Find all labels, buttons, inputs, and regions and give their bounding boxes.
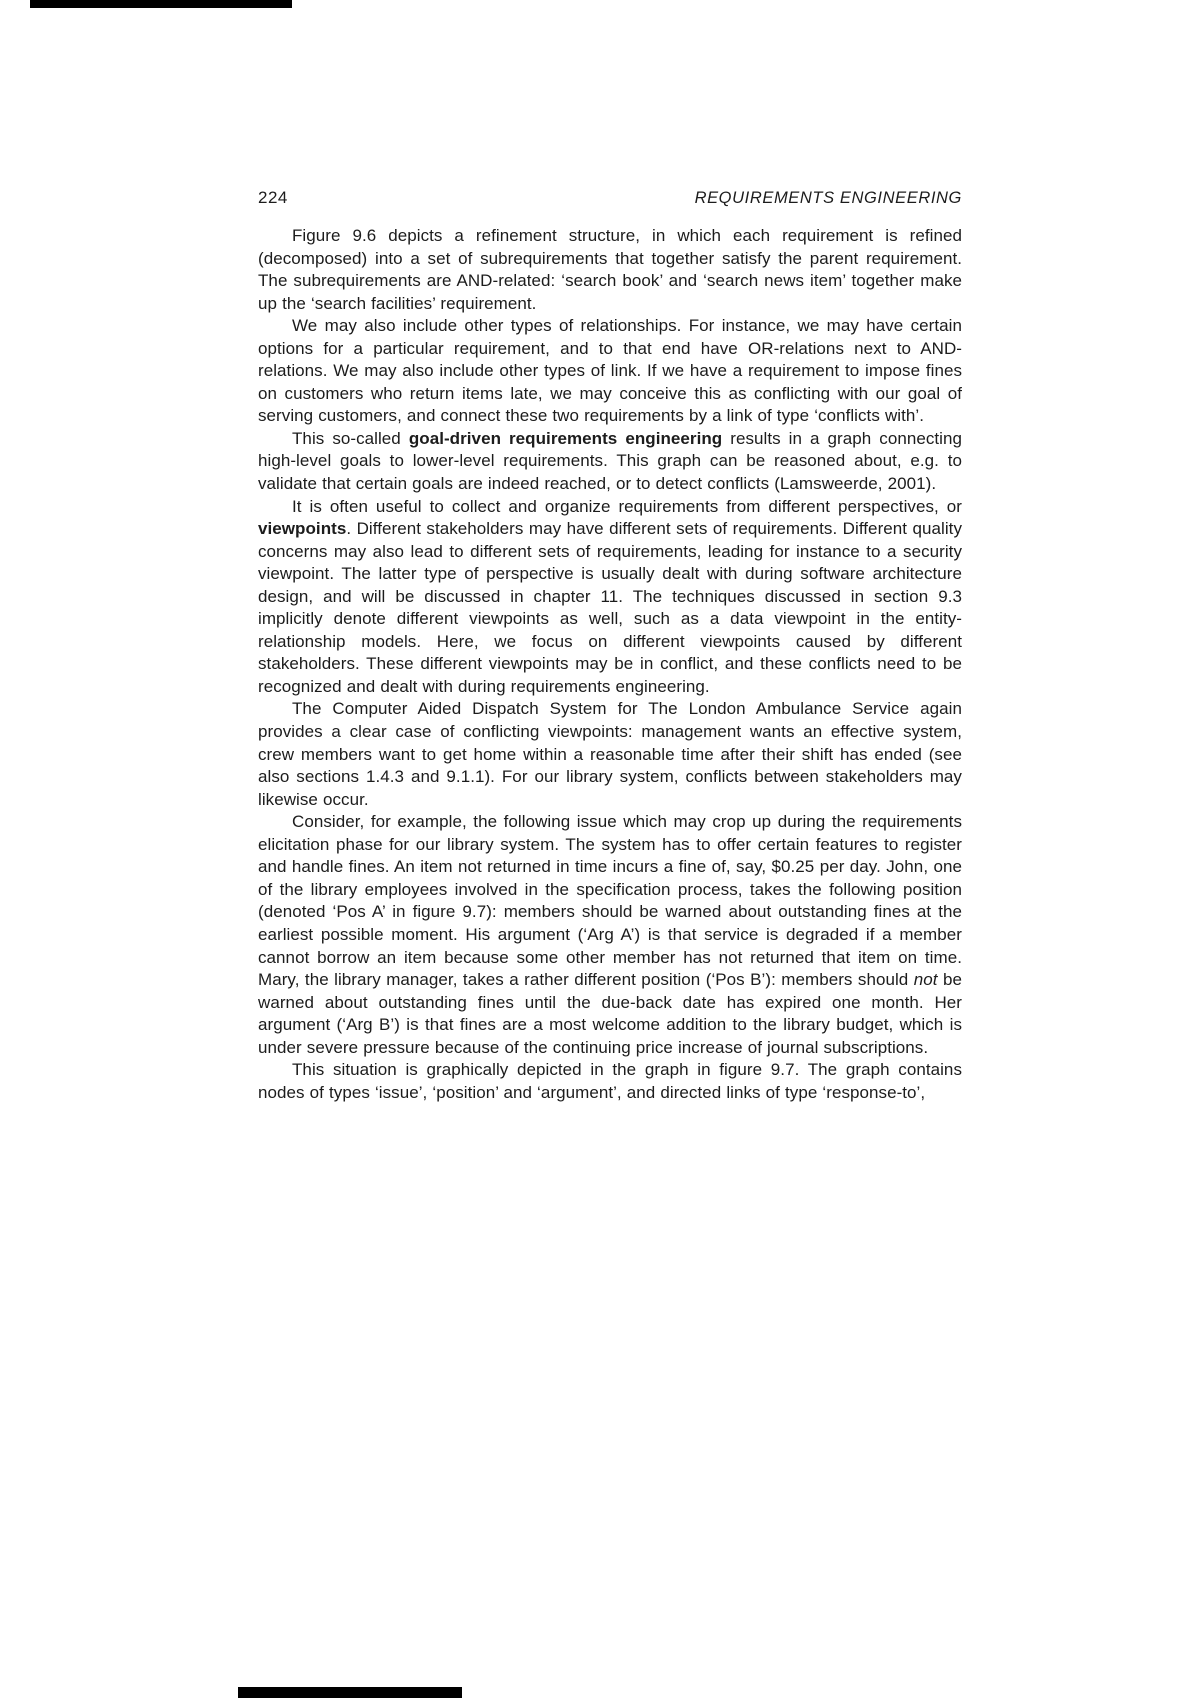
page-text-block: 224 REQUIREMENTS ENGINEERING Figure 9.6 … xyxy=(258,188,962,1104)
text-run: Figure 9.6 depicts a refinement structur… xyxy=(258,226,962,313)
text-run: This so-called xyxy=(292,429,409,448)
text-run: . Different stakeholders may have differ… xyxy=(258,519,962,696)
bold-term: viewpoints xyxy=(258,519,346,538)
scan-artifact-bottom-bar xyxy=(238,1687,462,1698)
text-run: We may also include other types of relat… xyxy=(258,316,962,425)
text-run: This situation is graphically depicted i… xyxy=(258,1060,962,1102)
paragraph: It is often useful to collect and organi… xyxy=(258,496,962,699)
running-title: REQUIREMENTS ENGINEERING xyxy=(695,189,962,208)
paragraph: Figure 9.6 depicts a refinement structur… xyxy=(258,225,962,315)
italic-term: not xyxy=(914,970,938,989)
body-text: Figure 9.6 depicts a refinement structur… xyxy=(258,225,962,1104)
paragraph: The Computer Aided Dispatch System for T… xyxy=(258,698,962,811)
scan-artifact-top-bar xyxy=(30,0,292,8)
text-run: It is often useful to collect and organi… xyxy=(292,497,962,516)
paragraph: This so-called goal-driven requirements … xyxy=(258,428,962,496)
text-run: Consider, for example, the following iss… xyxy=(258,812,962,989)
paragraph: We may also include other types of relat… xyxy=(258,315,962,428)
paragraph: Consider, for example, the following iss… xyxy=(258,811,962,1059)
bold-term: goal-driven requirements engineering xyxy=(409,429,722,448)
paragraph: This situation is graphically depicted i… xyxy=(258,1059,962,1104)
page-number: 224 xyxy=(258,188,288,208)
text-run: The Computer Aided Dispatch System for T… xyxy=(258,699,962,808)
running-head: 224 REQUIREMENTS ENGINEERING xyxy=(258,188,962,208)
